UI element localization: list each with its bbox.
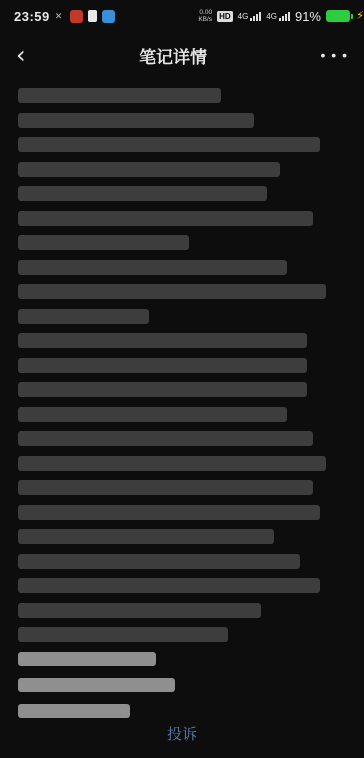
redacted-text-line <box>18 113 254 128</box>
redacted-text-line <box>18 505 320 520</box>
redacted-text-line <box>18 186 267 201</box>
redacted-text-line <box>18 260 287 275</box>
redacted-text-line <box>18 554 300 569</box>
more-menu-button[interactable]: • • • <box>321 47 348 63</box>
redacted-text-line <box>18 137 320 152</box>
battery-icon: ⚡ <box>326 10 350 22</box>
mute-icon <box>55 11 65 22</box>
redacted-text-line <box>18 382 307 397</box>
nav-bar: ‹ 笔记详情 • • • <box>0 32 364 78</box>
status-bar: 23:59 0.00 KB/s HD 4G 4G 91% ⚡ <box>0 0 364 32</box>
redacted-text-line <box>18 456 326 471</box>
signal-icon-sim1: 4G <box>238 12 262 21</box>
redacted-text-line <box>18 162 280 177</box>
redacted-text-line <box>18 627 228 642</box>
redacted-text-line <box>18 235 189 250</box>
note-detail-screen: { "status_bar": { "time": "23:59", "net_… <box>0 0 364 758</box>
network-speed-indicator: 0.00 KB/s <box>198 9 212 23</box>
redacted-text-line <box>18 309 149 324</box>
clock: 23:59 <box>14 9 50 24</box>
hd-icon: HD <box>217 11 233 22</box>
page-title: 笔记详情 <box>139 43 207 68</box>
notification-badge-icon <box>70 10 83 23</box>
redacted-text-line <box>18 284 326 299</box>
redacted-text-line <box>18 431 313 446</box>
redacted-text-line <box>18 603 261 618</box>
redacted-text-line <box>18 407 287 422</box>
redacted-contact-line <box>18 678 175 692</box>
back-button[interactable]: ‹ <box>16 43 26 67</box>
charging-bolt-icon: ⚡ <box>356 9 364 22</box>
battery-percent: 91% <box>295 9 321 24</box>
redacted-contact-line <box>18 652 156 666</box>
note-body-redacted <box>0 78 364 718</box>
redacted-text-line <box>18 333 307 348</box>
redacted-text-line <box>18 211 313 226</box>
redacted-text-line <box>18 88 221 103</box>
report-link[interactable]: 投诉 <box>167 723 197 744</box>
redacted-text-line <box>18 480 313 495</box>
footer: 投诉 <box>0 723 364 744</box>
redacted-text-line <box>18 529 274 544</box>
signal-icon-sim2: 4G <box>266 12 290 21</box>
redacted-text-line <box>18 578 320 593</box>
redacted-text-line <box>18 358 307 373</box>
battery-notification-icon <box>88 10 97 22</box>
app-notification-icon <box>102 10 115 23</box>
redacted-contact-line <box>18 704 130 718</box>
